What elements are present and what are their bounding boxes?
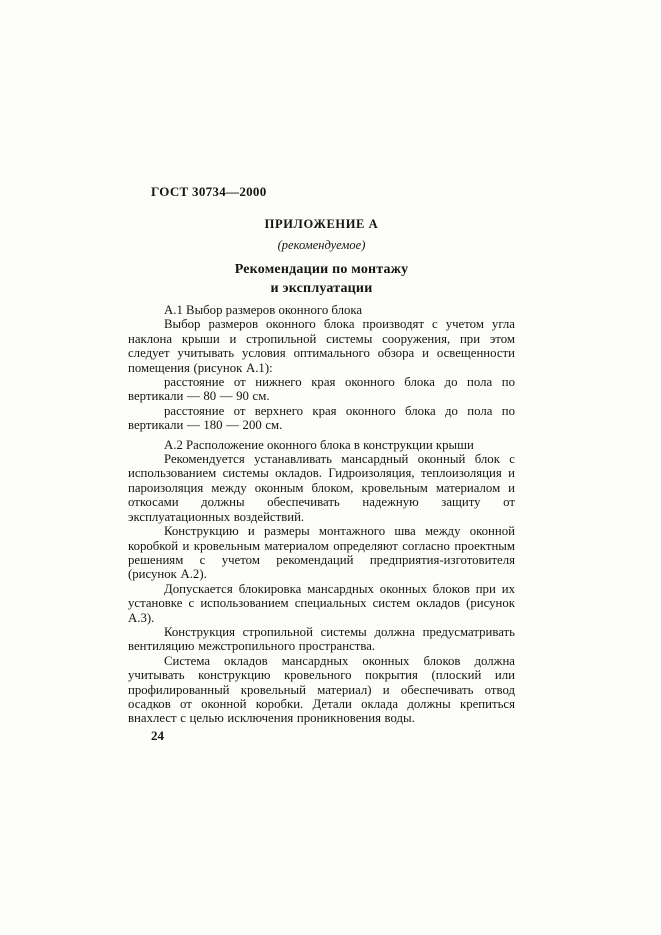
body-paragraph: расстояние от нижнего края оконного блок…: [128, 375, 515, 404]
body-paragraph: Выбор размеров оконного блока производят…: [128, 317, 515, 375]
page-number: 24: [151, 728, 164, 744]
body-paragraph: Допускается блокировка мансардных оконны…: [128, 582, 515, 625]
running-header-doc-number: ГОСТ 30734—2000: [151, 184, 515, 200]
appendix-label: ПРИЛОЖЕНИЕ А: [128, 217, 515, 232]
document-body: А.1 Выбор размеров оконного блокаВыбор р…: [128, 303, 515, 726]
appendix-title-line-1: Рекомендации по монтажу: [235, 262, 409, 277]
document-page: ГОСТ 30734—2000 ПРИЛОЖЕНИЕ А (рекомендуе…: [0, 0, 661, 935]
body-paragraph: расстояние от верхнего края оконного бло…: [128, 404, 515, 433]
clause-heading: А.2 Расположение оконного блока в констр…: [128, 438, 515, 452]
appendix-type-note: (рекомендуемое): [128, 238, 515, 253]
text-column: ГОСТ 30734—2000 ПРИЛОЖЕНИЕ А (рекомендуе…: [128, 0, 515, 726]
body-paragraph: Рекомендуется устанавливать мансардный о…: [128, 452, 515, 524]
clause-heading: А.1 Выбор размеров оконного блока: [128, 303, 515, 317]
appendix-title-line-2: и эксплуатации: [271, 281, 373, 296]
appendix-title: Рекомендации по монтажу и эксплуатации: [128, 260, 515, 298]
body-paragraph: Конструкцию и размеры монтажного шва меж…: [128, 524, 515, 582]
body-paragraph: Система окладов мансардных оконных блоко…: [128, 654, 515, 726]
body-paragraph: Конструкция стропильной системы должна п…: [128, 625, 515, 654]
